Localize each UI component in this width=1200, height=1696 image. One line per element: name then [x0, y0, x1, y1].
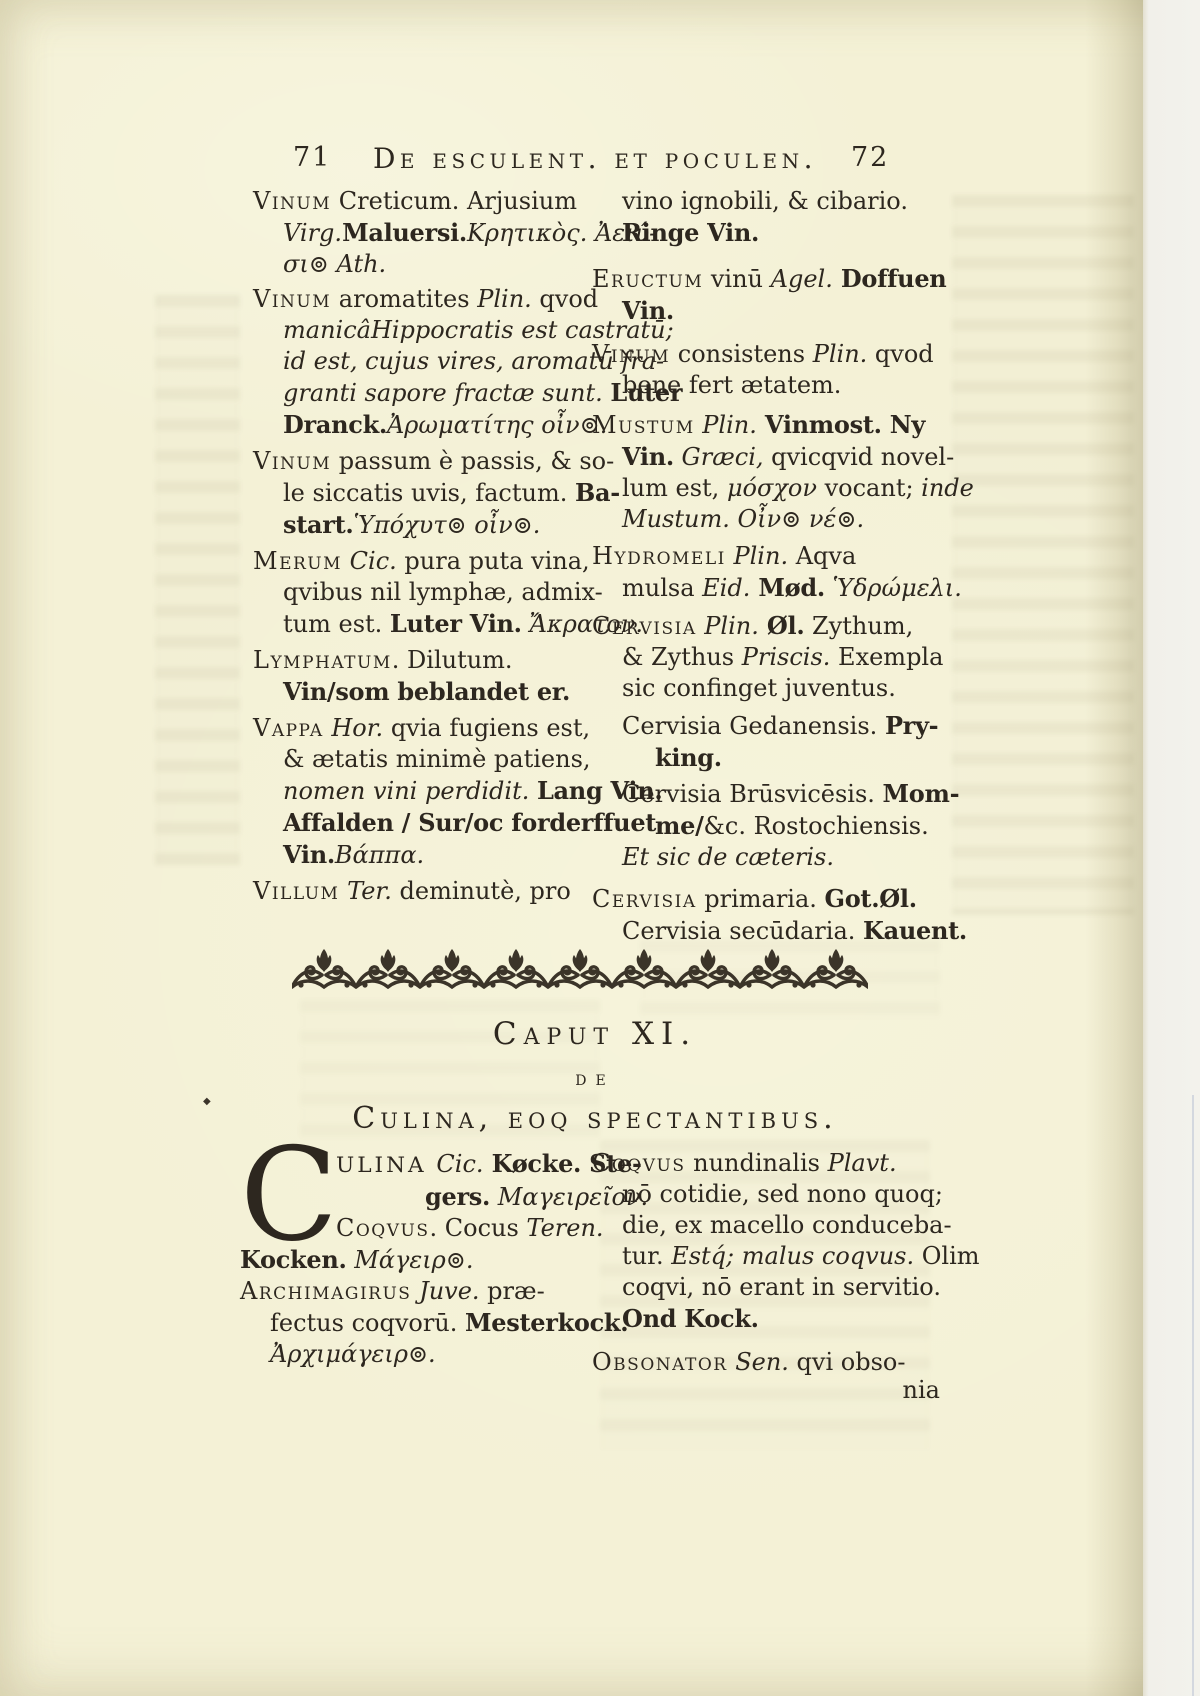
text-segment-rm: die, ex macello conduceba- [622, 1211, 952, 1239]
text-line: & ætatis minimè patiens, [283, 744, 598, 775]
text-line: Ringe Vin. [622, 217, 947, 249]
text-segment-it: Græci, [674, 443, 764, 471]
text-segment-it: Juve. [419, 1277, 479, 1305]
text-segment-fr: Doffuen [833, 264, 947, 293]
chapter-de: de [240, 1066, 950, 1090]
text-segment-rm: Cervisia Brūsvicēsis. [622, 780, 883, 808]
text-line: Villum Ter. deminutè, pro [253, 876, 598, 907]
text-segment-rm: tum est. [283, 610, 390, 638]
text-segment-fr: Ringe Vin. [622, 218, 759, 247]
floral-ornament-band [292, 944, 882, 994]
text-segment-rm: qvibus nil lymphæ, admix- [283, 578, 603, 606]
text-segment-gk: Ὑπόχυτ⊚ οἶν⊚. [353, 511, 540, 539]
scan-artifact-line [1192, 1095, 1194, 1696]
text-segment-it: Priscis. [742, 643, 831, 671]
chapter-title: Culina, eoq spectantibus. [240, 1101, 950, 1136]
text-segment-it: Et sic de cæteris. [622, 843, 834, 871]
text-segment-it: Ter. [347, 877, 392, 905]
text-line: Lymphatum. Dilutum. [253, 645, 598, 676]
text-segment-hw: Vinum [592, 340, 670, 368]
folio-number-left: 71 [293, 142, 331, 173]
text-segment-rm: bene fert ætatem. [622, 371, 841, 399]
text-line: gers. Μαγειρεῖον. [425, 1181, 598, 1213]
text-line: fectus coqvorū. Mesterkock. [270, 1307, 598, 1339]
text-segment-fr: Mom- [883, 779, 960, 808]
bleed-through [155, 295, 240, 865]
text-segment-rm: Creticum. Arjusium [331, 187, 577, 215]
text-line: tum est. Luter Vin. Ἄκρατον. [283, 608, 598, 640]
text-segment-rm: lum est, [622, 474, 727, 502]
catchword: nia [800, 1376, 940, 1404]
text-line: Vin.Βάππα. [283, 839, 598, 871]
scroll-motif [740, 945, 804, 993]
text-segment-rm: qvia fugiens est, [383, 714, 590, 742]
text-segment-fr: Vin. [622, 442, 674, 471]
text-segment-hw: Coqvus [336, 1214, 430, 1242]
chapter-heading: Caput XI. de Culina, eoq spectantibus. [240, 1016, 950, 1136]
text-segment-rm: nō cotidie, sed nono quoq; [622, 1180, 943, 1208]
text-segment-rm: Olim [914, 1242, 979, 1270]
text-segment-fr: king. [655, 743, 722, 772]
text-segment-fr: Kocken. [240, 1245, 347, 1274]
text-line: Cervisia Plin. Øl. Zythum, [592, 610, 947, 642]
scroll-motif [612, 945, 676, 993]
chapter-number: Caput XI. [240, 1016, 950, 1052]
text-line: & Zythus Priscis. Exempla [622, 642, 947, 673]
scroll-motif [356, 945, 420, 993]
scroll-motif [292, 945, 356, 993]
page-header: 71 De esculent. et poculen. 72 [0, 142, 1200, 178]
text-segment-it: Plavt. [828, 1149, 897, 1177]
text-segment-rm: pura puta vina, [397, 547, 590, 575]
text-segment-hw: Mustum [592, 411, 695, 439]
bottom-left-text-column: C Ulina Cic. Køcke. Ste-gers. Μαγειρεῖον… [240, 1148, 598, 1370]
text-segment-rm: Cervisia Gedanensis. [622, 712, 885, 740]
text-segment-rm: mulsa [622, 574, 702, 602]
text-segment-it: Plin. [813, 340, 868, 368]
text-segment-fr: Pry- [885, 711, 938, 740]
text-segment-it: nomen vini perdidit. [283, 777, 537, 805]
text-segment-it: Plin. [733, 542, 788, 570]
text-segment-gk: σι⊚ [283, 250, 337, 278]
text-segment-rm: consistens [670, 340, 813, 368]
scroll-motif [548, 945, 612, 993]
text-line: Dranck.Ἀρωματίτης οἶν⊚. [283, 409, 598, 441]
text-line: Hydromeli Plin. Aqva [592, 541, 947, 572]
text-line: Cervisia Brūsvicēsis. Mom- [622, 778, 947, 810]
text-segment-gk: μόσχον [727, 474, 817, 502]
text-segment-fr: Ond Kock. [622, 1304, 759, 1333]
text-segment-rm: primaria. [697, 885, 825, 913]
text-segment-it: inde [921, 474, 974, 502]
text-line: Virg.Maluersi.Κρητικὸς. Ἀειύ- [283, 217, 598, 249]
text-line: Vinum passum è passis, & so- [253, 446, 598, 477]
right-text-column: vino ignobili, & cibario.Ringe Vin.Eruct… [592, 186, 947, 947]
text-segment-rm: qvod [867, 340, 933, 368]
text-line: nomen vini perdidit. Lang Vin. [283, 775, 598, 807]
text-segment-rm: Aqva [788, 542, 856, 570]
text-line: Et sic de cæteris. [622, 842, 947, 873]
text-segment-rm: sic confinget juventus. [622, 674, 896, 702]
drop-cap: C [240, 1148, 336, 1241]
text-segment-it: Plin. [477, 285, 532, 313]
text-segment-rm: vinū [703, 265, 770, 293]
text-line: Vin. [622, 295, 947, 327]
text-line: Cervisia Gedanensis. Pry- [622, 710, 947, 742]
text-line: mulsa Eid. Mød. Ὑδρώμελι. [622, 572, 947, 604]
text-segment-hw: Vinum [253, 187, 331, 215]
text-line: Kocken. Μάγειρ⊚. [240, 1244, 598, 1276]
text-segment-fr: gers. [425, 1182, 490, 1211]
text-segment-hw: Vappa [253, 714, 324, 742]
text-segment-rm: præ- [480, 1277, 545, 1305]
text-line: Vinum Creticum. Arjusium [253, 186, 598, 217]
text-segment-rm: fectus coqvorū. [270, 1309, 465, 1337]
bottom-right-text-column: Coqvus nundinalis Plavt.nō cotidie, sed … [592, 1148, 947, 1378]
text-segment-rm: . Cocus [430, 1214, 527, 1242]
text-segment-hw: Vinum [253, 285, 331, 313]
text-line: granti sapore fractæ sunt. Luter [283, 377, 598, 409]
text-segment-it: Virg. [283, 219, 342, 247]
text-segment-it: Sen. [728, 1348, 789, 1376]
text-line: Ἀρχιμάγειρ⊚. [270, 1339, 598, 1370]
text-segment-fr: Got.Øl. [825, 884, 917, 913]
scroll-motif [676, 945, 740, 993]
folio-number-right: 72 [851, 142, 889, 173]
text-segment-hw: Vinum [253, 447, 331, 475]
text-line: nō cotidie, sed nono quoq; [622, 1179, 947, 1210]
text-line: Vappa Hor. qvia fugiens est, [253, 713, 598, 744]
text-line: king. [655, 742, 947, 774]
text-line: vino ignobili, & cibario. [622, 186, 947, 217]
scroll-motif [484, 945, 548, 993]
text-segment-hw: Hydromeli [592, 542, 726, 570]
text-line: id est, cujus vires, aromatū fra- [283, 346, 598, 377]
text-segment-fr: start. [283, 510, 353, 539]
text-line: start.Ὑπόχυτ⊚ οἶν⊚. [283, 509, 598, 541]
text-segment-it: Plin. [704, 612, 759, 640]
text-segment-rm: & ætatis minimè patiens, [283, 745, 591, 773]
text-line: Merum Cic. pura puta vina, [253, 546, 598, 577]
text-line: Cervisia secūdaria. Kauent. [622, 915, 947, 947]
text-segment-rm: aromatites [331, 285, 477, 313]
text-segment-hw: Eructum [592, 265, 703, 293]
text-line: coqvi, nō erant in servitio. [622, 1272, 947, 1303]
text-segment-hw: Coqvus [592, 1149, 686, 1177]
text-segment-it: Plin. [702, 411, 757, 439]
scroll-motif [804, 945, 868, 993]
text-segment-it: Ath. [337, 250, 387, 278]
text-segment-gk: Ἀρχιμάγειρ⊚. [270, 1340, 436, 1368]
text-line: Vin/som beblandet er. [283, 676, 598, 708]
text-line: Ond Kock. [622, 1303, 947, 1335]
text-segment-gk: Μάγειρ⊚. [347, 1246, 474, 1274]
text-segment-hw: Obsonator [592, 1348, 728, 1376]
text-line: Eructum vinū Agel. Doffuen [592, 263, 947, 295]
left-text-column: Vinum Creticum. ArjusiumVirg.Maluersi.Κρ… [253, 186, 598, 907]
text-segment-fr: Vin. [283, 840, 335, 869]
text-segment-rm: Zythum, [804, 612, 913, 640]
text-segment-rm: Exempla [830, 643, 943, 671]
text-segment-fr: me/ [655, 811, 704, 840]
text-segment-it: Cic. [436, 1150, 483, 1178]
text-line: Coqvus nundinalis Plavt. [592, 1148, 947, 1179]
text-segment-rm: coqvi, nō erant in servitio. [622, 1273, 941, 1301]
text-segment-rm [411, 1277, 419, 1305]
text-line: Affalden / Sur/oc forderffuet [283, 807, 598, 839]
text-segment-fr: Dranck. [283, 410, 387, 439]
text-segment-rm: nundinalis [686, 1149, 828, 1177]
text-line: Obsonator Sen. qvi obso- [592, 1347, 947, 1378]
text-segment-hw: Lymphatum [253, 646, 392, 674]
text-segment-rm [339, 877, 347, 905]
text-line: Mustum Plin. Vinmost. Ny [592, 409, 947, 441]
text-segment-rm: qvod [532, 285, 598, 313]
text-segment-it: Mustum. [622, 505, 730, 533]
book-page: 71 De esculent. et poculen. 72 Vinum Cre… [0, 0, 1200, 1696]
text-segment-fr: Maluersi. [342, 218, 467, 247]
page-edge-shadow [1085, 0, 1143, 1696]
text-line: σι⊚ Ath. [283, 249, 598, 280]
text-segment-rm: Cervisia secūdaria. [622, 917, 863, 945]
text-segment-rm: vino ignobili, & cibario. [622, 187, 908, 215]
running-title: De esculent. et poculen. [350, 142, 840, 175]
text-line: Vin. Græci, qvicqvid novel- [622, 441, 947, 473]
text-segment-hw: Merum [253, 547, 342, 575]
text-segment-it: Cic. [350, 547, 397, 575]
text-segment-gk: Ὑδρώμελι. [825, 574, 962, 602]
text-segment-it: Eid. [702, 574, 750, 602]
text-line: lum est, μόσχον vocant; inde [622, 473, 947, 504]
margin-mark: ◆ [203, 1096, 211, 1107]
scroll-motif [420, 945, 484, 993]
text-segment-spc: Ulina [336, 1153, 436, 1178]
text-segment-it: Agel. [771, 265, 833, 293]
text-segment-rm: deminutè, pro [392, 877, 571, 905]
text-line: die, ex macello conduceba- [622, 1210, 947, 1241]
text-segment-rm: . Dilutum. [392, 646, 513, 674]
text-segment-rm: qvicqvid novel- [764, 443, 955, 471]
text-segment-hw: Archimagirus [240, 1277, 411, 1305]
text-segment-gk: Οἶν⊚ νέ⊚. [730, 505, 864, 533]
text-segment-it: granti sapore fractæ sunt. [283, 379, 610, 407]
text-line: manicâHippocratis est castratū; [283, 315, 598, 346]
text-segment-it: Hor. [331, 714, 383, 742]
text-segment-fr: Øl. [759, 611, 805, 640]
text-segment-rm: passum è passis, & so- [331, 447, 614, 475]
text-segment-gk: Βάππα. [335, 841, 424, 869]
text-line: sic confinget juventus. [622, 673, 947, 704]
text-segment-hw: Villum [253, 877, 339, 905]
text-line: qvibus nil lymphæ, admix- [283, 577, 598, 608]
text-line: Cervisia primaria. Got.Øl. [592, 883, 947, 915]
text-line: Vinum consistens Plin. qvod [592, 339, 947, 370]
text-segment-fr: Vin. [622, 296, 674, 325]
text-segment-rm [342, 547, 350, 575]
text-line: Mustum. Οἶν⊚ νέ⊚. [622, 504, 947, 535]
text-segment-fr: Luter Vin. [390, 609, 522, 638]
text-segment-rm: qvi obso- [789, 1348, 906, 1376]
text-segment-rm: le siccatis uvis, factum. [283, 479, 575, 507]
text-segment-fr: Mød. [750, 573, 825, 602]
text-segment-gk: Ἀρωματίτης οἶν⊚. [387, 411, 607, 439]
text-segment-hw: Cervisia [592, 612, 697, 640]
text-line: Archimagirus Juve. præ- [240, 1276, 598, 1307]
text-segment-rm: tur. [622, 1242, 671, 1270]
text-segment-rm: &c. Rostochiensis. [704, 812, 929, 840]
text-segment-fr: Kauent. [863, 916, 967, 945]
text-segment-rm: & Zythus [622, 643, 742, 671]
text-segment-rm: vocant; [817, 474, 921, 502]
text-segment-fr: Vinmost. Ny [757, 410, 925, 439]
text-line: me/&c. Rostochiensis. [655, 810, 947, 842]
text-line: tur. Estq́; malus coqvus. Olim [622, 1241, 947, 1272]
text-line: bene fert ætatem. [622, 370, 947, 401]
text-segment-it: Estq́; malus coqvus. [671, 1242, 914, 1270]
text-line: Vinum aromatites Plin. qvod [253, 284, 598, 315]
text-segment-hw: Cervisia [592, 885, 697, 913]
text-line: le siccatis uvis, factum. Ba- [283, 477, 598, 509]
text-segment-fr: Vin/som beblandet er. [283, 677, 570, 706]
